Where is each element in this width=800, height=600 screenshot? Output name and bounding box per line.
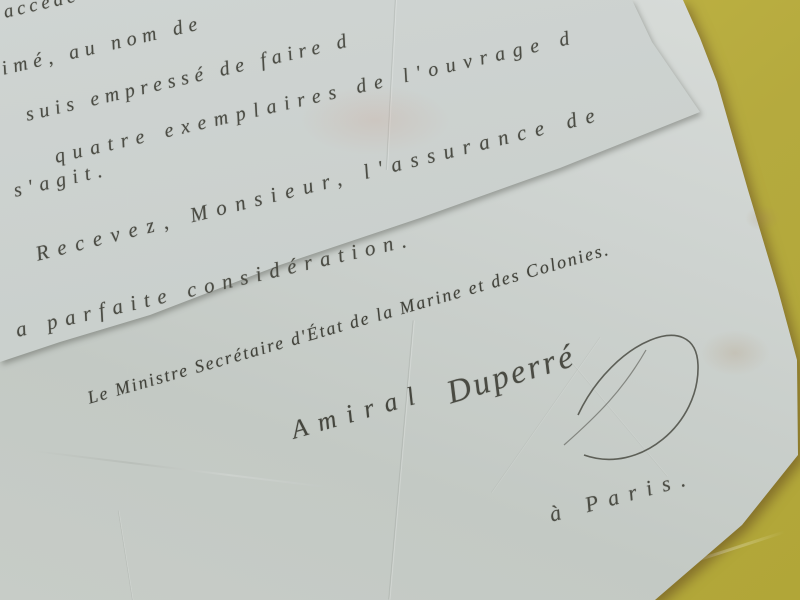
signature-flourish [528,295,728,505]
photo-scene: accède de imé, au nom de suis empressé d… [0,0,800,600]
